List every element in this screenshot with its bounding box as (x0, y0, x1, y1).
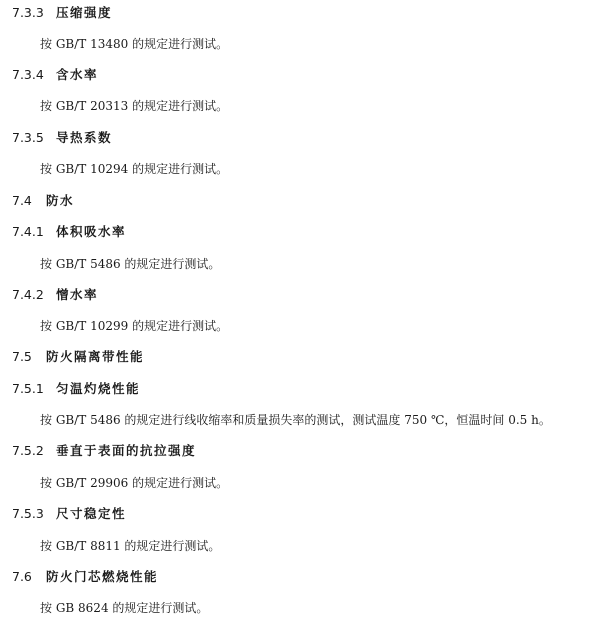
section-heading: 7.3.5导热系数 (12, 129, 112, 147)
section-number: 7.4 (12, 192, 46, 210)
section-heading: 7.4.2憎水率 (12, 286, 98, 304)
body-paragraph: 按 GB 8624 的规定进行测试。 (40, 599, 208, 617)
body-paragraph: 按 GB/T 20313 的规定进行测试。 (40, 97, 228, 115)
body-paragraph: 按 GB/T 5486 的规定进行线收缩率和质量损失率的测试，测试温度 750 … (40, 411, 551, 429)
section-title: 防水 (46, 193, 74, 208)
section-number: 7.6 (12, 568, 46, 586)
body-paragraph: 按 GB/T 13480 的规定进行测试。 (40, 35, 228, 53)
section-heading: 7.4.1体积吸水率 (12, 223, 126, 241)
section-number: 7.5 (12, 348, 46, 366)
section-number: 7.3.5 (12, 129, 56, 147)
section-heading: 7.4防水 (12, 192, 74, 210)
body-paragraph: 按 GB/T 29906 的规定进行测试。 (40, 474, 228, 492)
section-title: 压缩强度 (56, 5, 112, 20)
section-heading: 7.3.3压缩强度 (12, 4, 112, 22)
section-number: 7.5.2 (12, 442, 56, 460)
section-number: 7.4.2 (12, 286, 56, 304)
section-heading: 7.3.4含水率 (12, 66, 98, 84)
section-title: 含水率 (56, 67, 98, 82)
section-heading: 7.5.1匀温灼烧性能 (12, 380, 140, 398)
section-title: 垂直于表面的抗拉强度 (56, 443, 196, 458)
body-paragraph: 按 GB/T 8811 的规定进行测试。 (40, 537, 220, 555)
body-paragraph: 按 GB/T 10299 的规定进行测试。 (40, 317, 228, 335)
section-title: 匀温灼烧性能 (56, 381, 140, 396)
section-title: 体积吸水率 (56, 224, 126, 239)
body-paragraph: 按 GB/T 5486 的规定进行测试。 (40, 255, 220, 273)
section-number: 7.3.3 (12, 4, 56, 22)
section-number: 7.5.3 (12, 505, 56, 523)
section-title: 防火门芯燃烧性能 (46, 569, 158, 584)
section-number: 7.5.1 (12, 380, 56, 398)
section-heading: 7.5防火隔离带性能 (12, 348, 144, 366)
section-number: 7.4.1 (12, 223, 56, 241)
section-heading: 7.5.3尺寸稳定性 (12, 505, 126, 523)
section-heading: 7.6防火门芯燃烧性能 (12, 568, 158, 586)
section-heading: 7.5.2垂直于表面的抗拉强度 (12, 442, 196, 460)
section-title: 尺寸稳定性 (56, 506, 126, 521)
body-paragraph: 按 GB/T 10294 的规定进行测试。 (40, 160, 228, 178)
section-number: 7.3.4 (12, 66, 56, 84)
section-title: 导热系数 (56, 130, 112, 145)
section-title: 憎水率 (56, 287, 98, 302)
section-title: 防火隔离带性能 (46, 349, 144, 364)
